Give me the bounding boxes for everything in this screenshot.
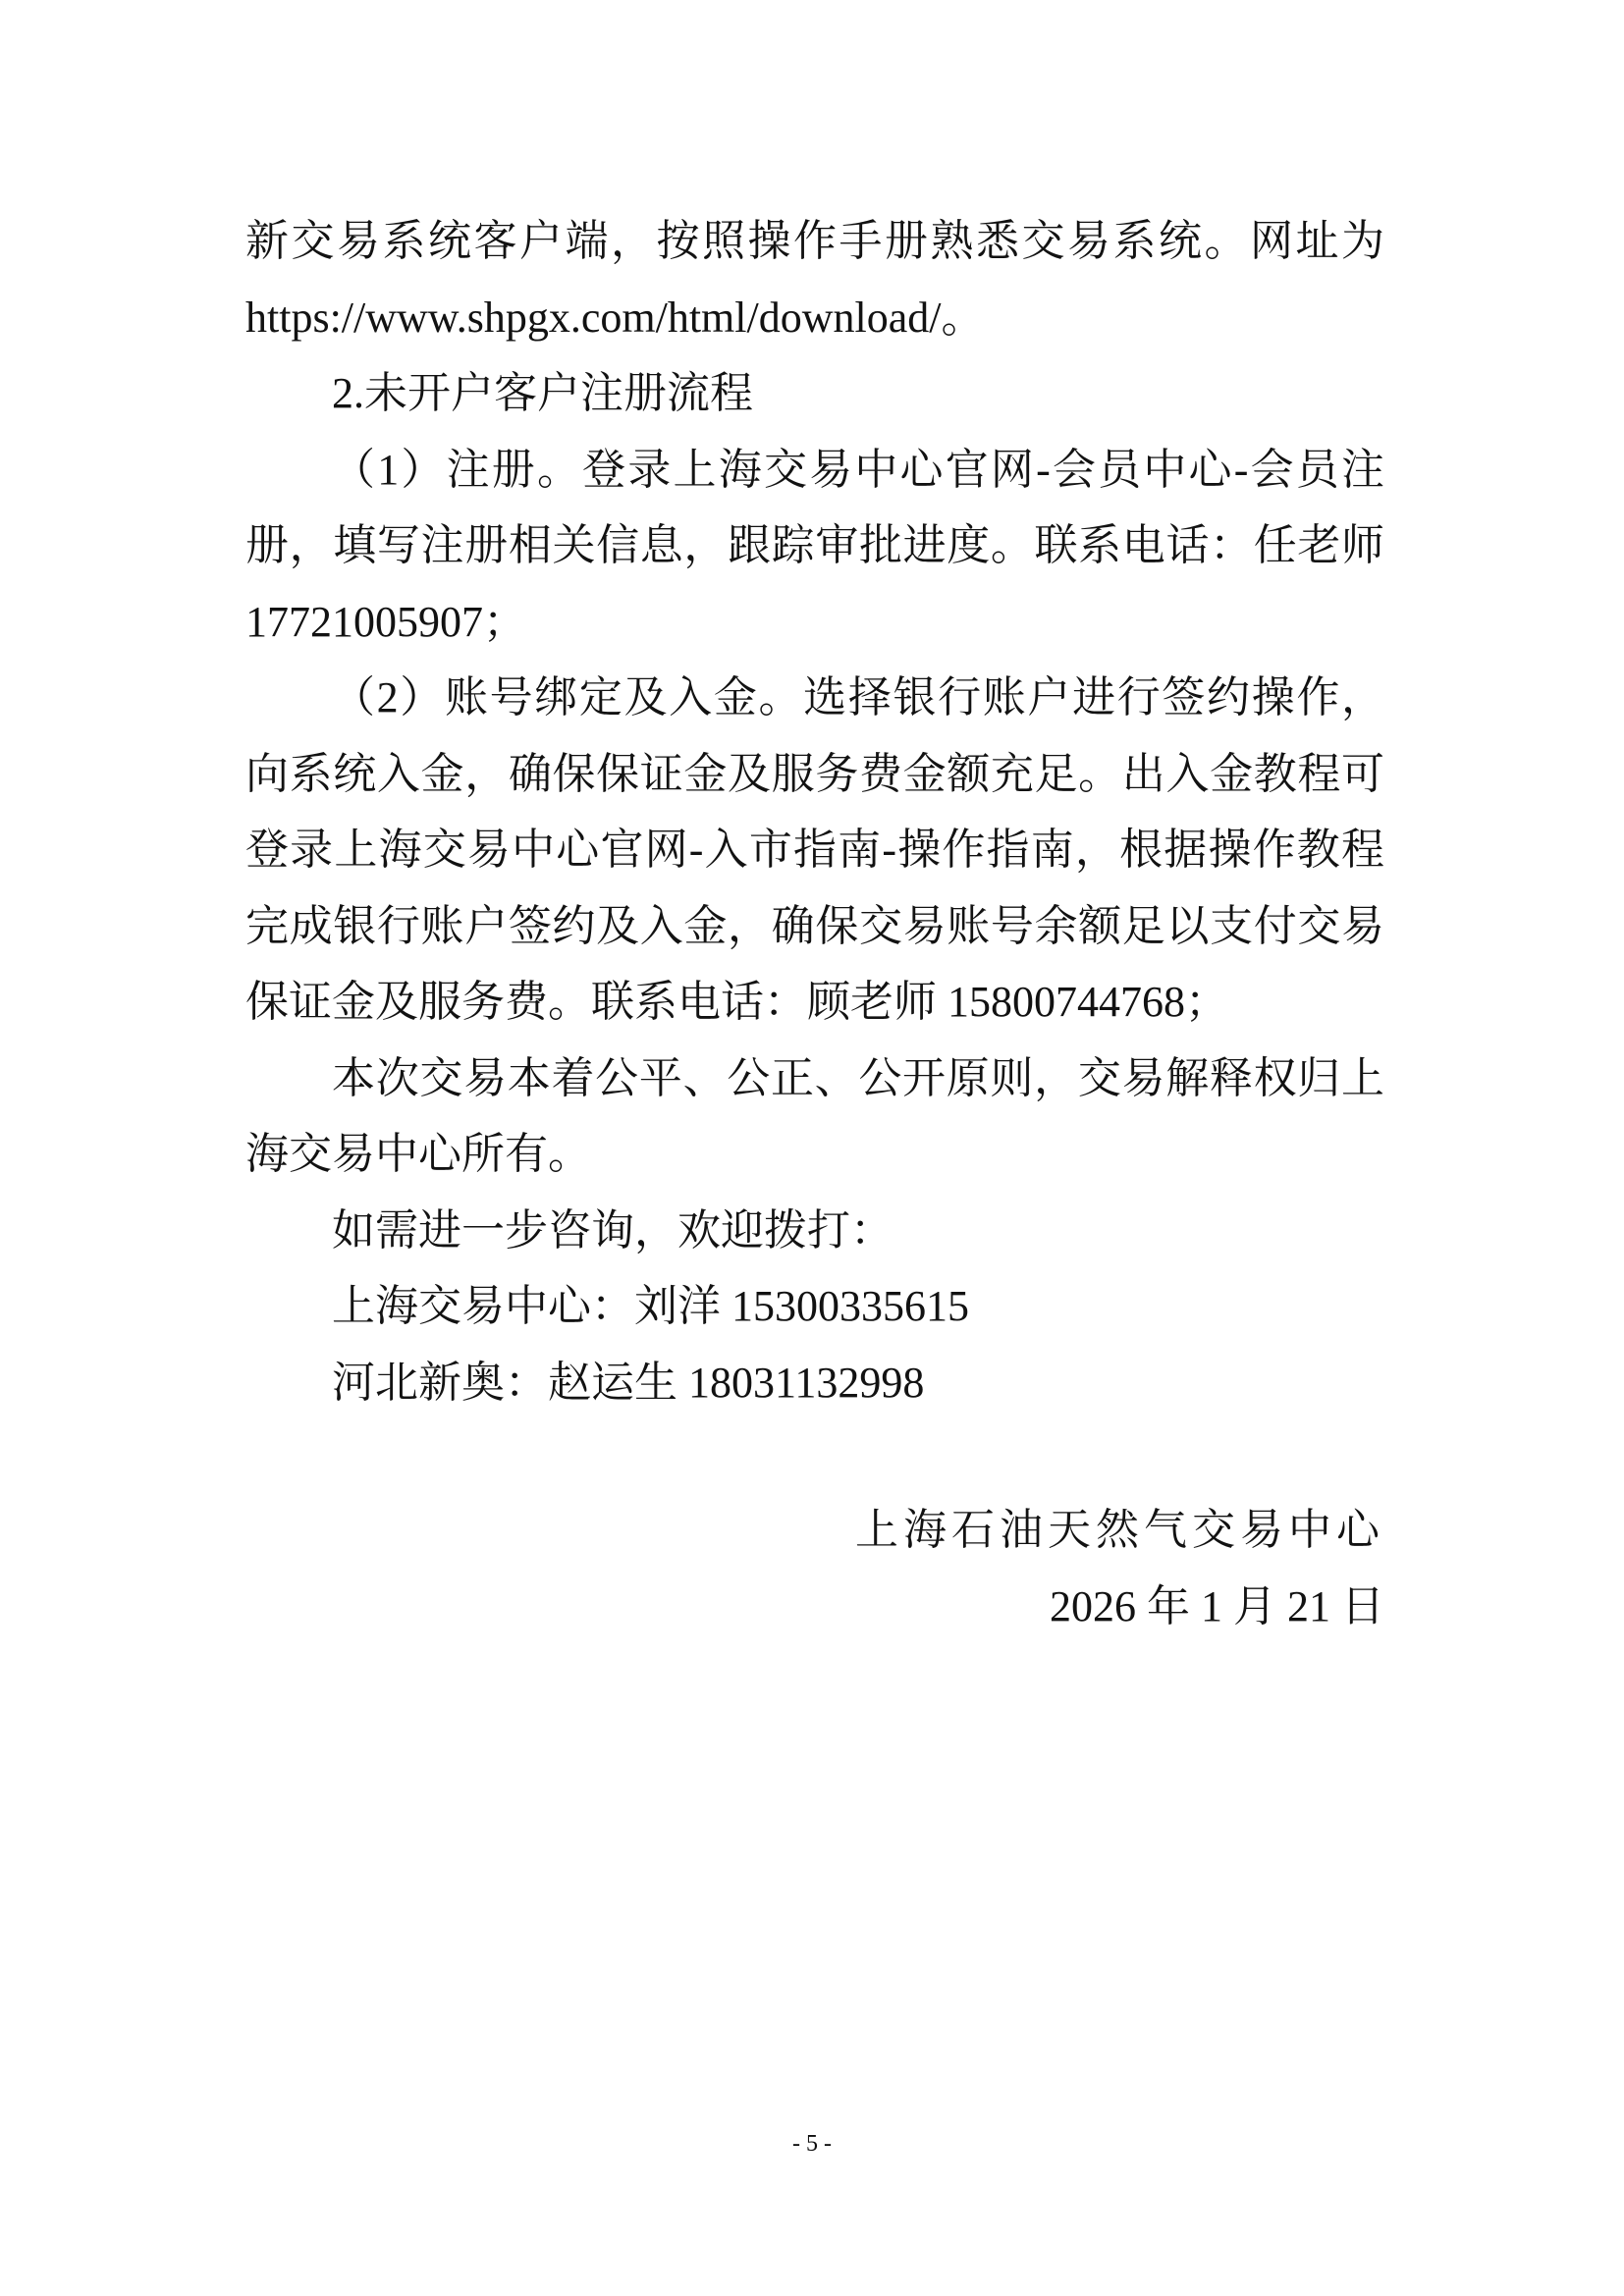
body-line: 如需进一步咨询，欢迎拨打： — [245, 1193, 1384, 1269]
body-line-url: https://www.shpgx.com/html/download/。 — [245, 280, 1384, 356]
body-line-contact: 上海交易中心：刘洋 15300335615 — [245, 1268, 1384, 1345]
body-line: （1）注册。登录上海交易中心官网-会员中心-会员注 — [245, 432, 1384, 508]
page-number: - 5 - — [0, 2130, 1624, 2158]
signature-org: 上海石油天然气交易中心 — [245, 1492, 1384, 1569]
signature-block: 上海石油天然气交易中心 2026 年 1 月 21 日 — [245, 1492, 1384, 1644]
body-line: （2）账号绑定及入金。选择银行账户进行签约操作， — [245, 660, 1384, 736]
body-line: 册，填写注册相关信息，跟踪审批进度。联系电话：任老师 — [245, 507, 1384, 584]
document-page: 新交易系统客户端，按照操作手册熟悉交易系统。网址为 https://www.sh… — [0, 0, 1624, 2296]
document-body: 新交易系统客户端，按照操作手册熟悉交易系统。网址为 https://www.sh… — [245, 203, 1384, 1420]
body-line: 本次交易本着公平、公正、公开原则，交易解释权归上 — [245, 1041, 1384, 1117]
body-line-section-heading: 2.未开户客户注册流程 — [245, 355, 1384, 432]
body-line: 完成银行账户签约及入金，确保交易账号余额足以支付交易 — [245, 888, 1384, 965]
body-line: 海交易中心所有。 — [245, 1116, 1384, 1193]
body-line: 登录上海交易中心官网-入市指南-操作指南，根据操作教程 — [245, 812, 1384, 888]
body-line-contact: 河北新奥：赵运生 18031132998 — [245, 1345, 1384, 1421]
body-line-phone: 保证金及服务费。联系电话：顾老师 15800744768； — [245, 964, 1384, 1041]
body-line: 向系统入金，确保保证金及服务费金额充足。出入金教程可 — [245, 736, 1384, 813]
signature-date: 2026 年 1 月 21 日 — [245, 1569, 1384, 1645]
body-line: 新交易系统客户端，按照操作手册熟悉交易系统。网址为 — [245, 203, 1384, 280]
body-line-phone: 17721005907； — [245, 584, 1384, 661]
